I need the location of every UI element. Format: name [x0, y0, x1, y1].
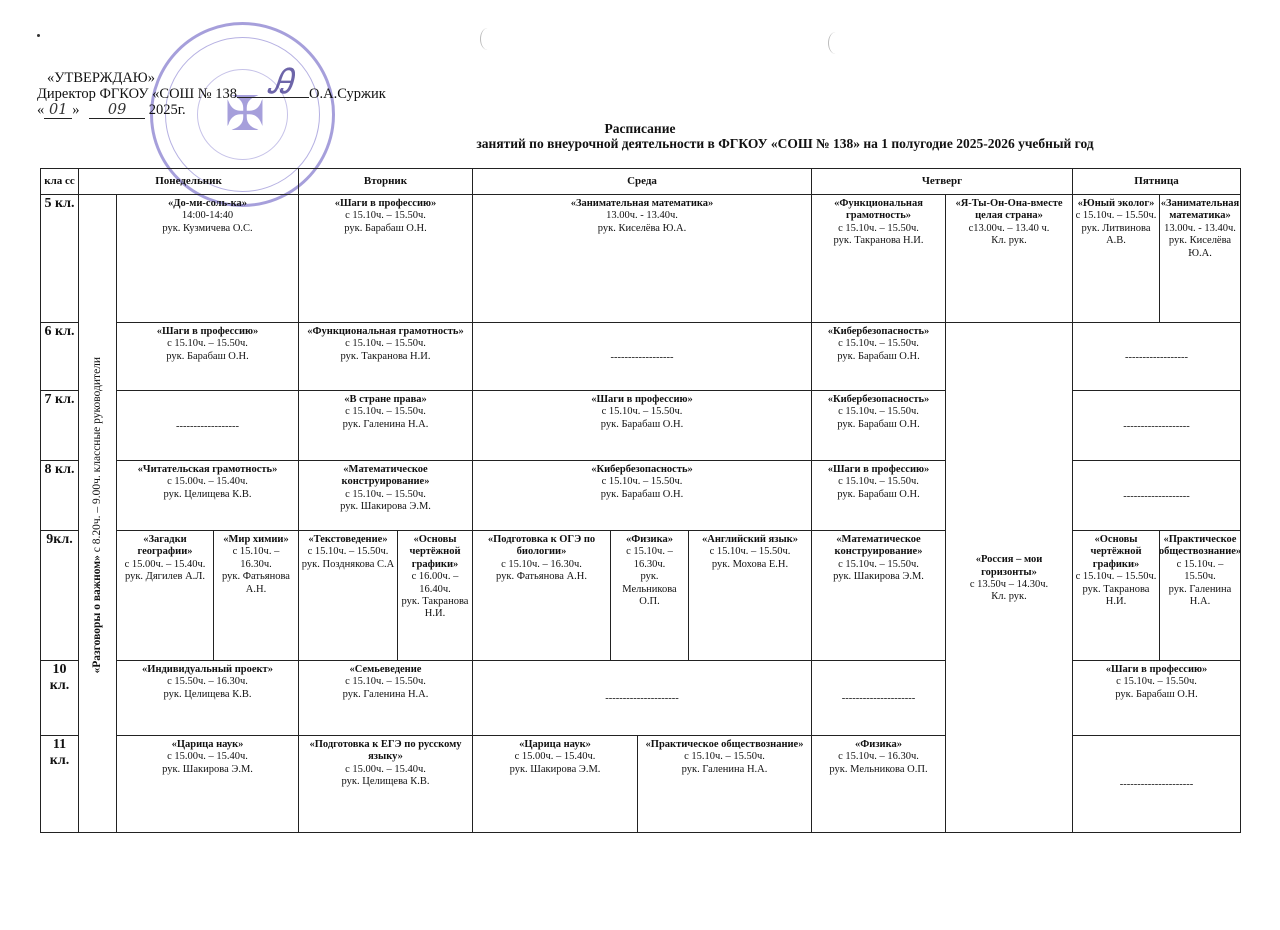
header-monday: Понедельник — [78, 168, 299, 195]
scan-dot — [37, 34, 40, 37]
activity-teacher: рук. Барабаш О.Н. — [601, 489, 683, 501]
header-tuesday: Вторник — [298, 168, 473, 195]
activity-teacher: Кл. рук. — [991, 591, 1027, 603]
activity-cell: «Семьеведениес 15.10ч. – 15.50ч.рук. Гал… — [298, 660, 473, 736]
activity-time: с 15.10ч. – 15.50ч. — [684, 751, 765, 763]
activity-cell: «Читательская грамотность»с 15.00ч. – 15… — [116, 460, 299, 531]
activity-teacher: рук. Киселёва Ю.А. — [598, 223, 686, 235]
activity-cell: «Шаги в профессию»с 15.10ч. – 15.50ч.рук… — [1072, 660, 1241, 736]
activity-cell: «Физика»с 15.10ч. – 16.30ч.рук. Мельнико… — [811, 735, 946, 833]
empty-slot: ------------------ — [116, 390, 299, 461]
class-cell: 8 кл. — [40, 460, 79, 531]
date-year: 2025г. — [149, 102, 186, 118]
activity-time: с 15.10ч. – 15.50ч. — [602, 476, 683, 488]
schedule-title: Расписание — [0, 121, 1280, 137]
activity-teacher: рук. Шакирова Э.М. — [833, 571, 924, 583]
activity-time: с 15.10ч. – 15.50ч. — [1116, 676, 1197, 688]
activity-cell: «В стране права»с 15.10ч. – 15.50ч.рук. … — [298, 390, 473, 461]
activity-teacher: рук. Барабаш О.Н. — [837, 419, 919, 431]
empty-slot: --------------------- — [472, 660, 812, 736]
activity-time: 14:00-14:40 — [182, 210, 233, 222]
activity-name: «Подготовка к ЕГЭ по русскому языку» — [301, 739, 470, 764]
activity-name: «Индивидуальный проект» — [142, 664, 273, 676]
activity-name: «Физика» — [855, 739, 902, 751]
activity-cell: «Основы чертёжной графики»с 15.10ч. – 15… — [1072, 530, 1160, 661]
activity-teacher: рук. Мельникова О.П. — [613, 571, 686, 608]
activity-teacher: рук. Такранова Н.И. — [1075, 584, 1157, 609]
activity-name: «Математическое конструирование» — [814, 534, 943, 559]
header-tuesday-label: Вторник — [364, 175, 407, 187]
director-name: О.А.Суржик — [309, 86, 386, 102]
activity-name: «Основы чертёжной графики» — [1075, 534, 1157, 571]
activity-time: с 15.10ч. – 16.30ч. — [838, 751, 919, 763]
activity-cell: «Царица наук»с 15.00ч. – 15.40ч.рук. Шак… — [472, 735, 638, 833]
activity-cell: «Английский язык»с 15.10ч. – 15.50ч.рук.… — [688, 530, 812, 661]
activity-teacher: рук. Фатьянова А.Н. — [496, 571, 587, 583]
class-label: 7 кл. — [45, 392, 75, 408]
activity-teacher: рук. Литвинова А.В. — [1075, 223, 1157, 248]
activity-time: с 15.10ч. – 15.50ч. — [167, 338, 248, 350]
activity-cell: «Математическое конструирование»с 15.10ч… — [298, 460, 473, 531]
activity-teacher: рук. Галенина Н.А. — [343, 689, 429, 701]
scan-mark — [828, 32, 843, 54]
activity-teacher: рук. Шакирова Э.М. — [162, 764, 253, 776]
activity-name: «Физика» — [626, 534, 673, 546]
activity-name: «Шаги в профессию» — [1106, 664, 1208, 676]
class-cell: 5 кл. — [40, 194, 79, 323]
activity-time: с 15.10ч. – 15.50ч. — [838, 559, 919, 571]
activity-name: «Семьеведение — [350, 664, 422, 676]
activity-name: «Занимательная математика» — [571, 198, 714, 210]
monday-common-name: «Разговоры о важном» — [91, 555, 103, 673]
activity-cell: «Занимательная математика»13.00ч. - 13.4… — [472, 194, 812, 323]
activity-teacher: рук. Барабаш О.Н. — [1115, 689, 1197, 701]
activity-name: «Кибербезопасность» — [828, 326, 930, 338]
date-day: 01 — [44, 102, 72, 119]
empty-mark: ------------------- — [1123, 421, 1189, 433]
activity-time: с 15.10ч. – 15.50ч. — [345, 338, 426, 350]
activity-time: с 15.10ч. – 15.50ч. — [1076, 210, 1157, 222]
activity-time: 13.00ч. - 13.40ч. — [606, 210, 678, 222]
activity-teacher: рук. Барабаш О.Н. — [837, 351, 919, 363]
activity-teacher: рук. Галенина Н.А. — [1162, 584, 1238, 609]
class-label: 9кл. — [46, 532, 72, 548]
activity-cell: «Практическое обществознание»с 15.10ч. –… — [637, 735, 812, 833]
activity-teacher: рук. Шакирова Э.М. — [340, 501, 431, 513]
activity-cell: «Юный эколог»с 15.10ч. – 15.50ч.рук. Лит… — [1072, 194, 1160, 323]
activity-teacher: рук. Такранова Н.И. — [400, 596, 470, 621]
director-school: Директор ФГКОУ «СОШ № 138 — [37, 86, 237, 102]
activity-time: с 15.00ч. – 15.40ч. — [345, 764, 426, 776]
activity-time: с 15.10ч. – 15.50ч. — [838, 223, 919, 235]
activity-cell: «Практическое обществознание»с 15.10ч. –… — [1159, 530, 1241, 661]
activity-name: «Занимательная математика» — [1161, 198, 1239, 223]
class-cell: 10 кл. — [40, 660, 79, 736]
empty-slot: --------------------- — [1072, 735, 1241, 833]
activity-cell: «Подготовка к ЕГЭ по русскому языку»с 15… — [298, 735, 473, 833]
activity-cell: «Математическое конструирование»с 15.10ч… — [811, 530, 946, 661]
activity-teacher: Кл. рук. — [991, 235, 1027, 247]
header-wednesday: Среда — [472, 168, 812, 195]
activity-name: «Шаги в профессию» — [335, 198, 437, 210]
date-quote-close: » — [72, 102, 79, 118]
class-cell: 11 кл. — [40, 735, 79, 833]
activity-name: «Загадки географии» — [119, 534, 211, 559]
activity-name: «Шаги в профессию» — [591, 394, 693, 406]
activity-cell: «Кибербезопасность»с 15.10ч. – 15.50ч.ру… — [472, 460, 812, 531]
activity-time: с 15.00ч. – 15.40ч. — [515, 751, 596, 763]
activity-cell: «Функциональная грамотность»с 15.10ч. – … — [811, 194, 946, 323]
activity-cell: «Царица наук»с 15.00ч. – 15.40ч.рук. Шак… — [116, 735, 299, 833]
activity-name: «Основы чертёжной графики» — [400, 534, 470, 571]
activity-time: с 15.10ч. – 15.50ч. — [345, 210, 426, 222]
activity-teacher: рук. Позднякова С.А — [302, 559, 394, 571]
activity-cell: «Шаги в профессию»с 15.10ч. – 15.50ч.рук… — [811, 460, 946, 531]
director-line: Директор ФГКОУ «СОШ № 138О.А.Суржик — [37, 86, 386, 102]
class-label: 8 кл. — [45, 462, 75, 478]
activity-cell: «Шаги в профессию»с 15.10ч. – 15.50ч.рук… — [472, 390, 812, 461]
empty-mark: ------------------ — [611, 352, 674, 364]
activity-name: «Английский язык» — [702, 534, 798, 546]
empty-mark: --------------------- — [842, 693, 915, 705]
empty-slot: --------------------- — [811, 660, 946, 736]
activity-cell: «Я-Ты-Он-Она-вместе целая страна»с13.00ч… — [945, 194, 1073, 323]
header-class: кла сс — [40, 168, 79, 195]
activity-time: с 15.10ч. – 15.50ч. — [838, 406, 919, 418]
class-cell: 6 кл. — [40, 322, 79, 391]
activity-name: «Юный эколог» — [1078, 198, 1155, 210]
activity-teacher: рук. Такранова Н.И. — [834, 235, 924, 247]
activity-cell: «Физика»с 15.10ч. – 16.30ч.рук. Мельнико… — [610, 530, 689, 661]
activity-time: с 15.00ч. – 15.40ч. — [167, 476, 248, 488]
activity-teacher: рук. Барабаш О.Н. — [837, 489, 919, 501]
activity-time: с 15.10ч. – 16.30ч. — [613, 546, 686, 571]
empty-mark: --------------------- — [605, 693, 678, 705]
empty-slot: ------------------ — [1072, 322, 1241, 391]
activity-name: «Функциональная грамотность» — [307, 326, 463, 338]
activity-teacher: рук. Фатьянова А.Н. — [216, 571, 296, 596]
header-thursday-label: Четверг — [922, 175, 962, 187]
activity-cell: «Кибербезопасность»с 15.10ч. – 15.50ч.ру… — [811, 322, 946, 391]
activity-time: с 15.10ч. – 15.50ч. — [838, 476, 919, 488]
activity-time: с 15.10ч. – 15.50ч. — [345, 676, 426, 688]
activity-time: с 15.10ч. – 15.50ч. — [710, 546, 791, 558]
activity-name: «Кибербезопасность» — [828, 394, 930, 406]
activity-time: с 15.00ч. – 15.40ч. — [167, 751, 248, 763]
activity-cell: «Загадки географии»с 15.00ч. – 15.40ч.ру… — [116, 530, 214, 661]
activity-name: «Практическое обществознание» — [1159, 534, 1241, 559]
date-quote-open: « — [37, 102, 44, 118]
monday-common-activity: «Разговоры о важном» с 8.20ч. – 9.00ч. к… — [78, 194, 117, 833]
empty-mark: ------------------ — [176, 421, 239, 433]
scan-mark — [480, 28, 495, 50]
activity-teacher: рук. Целищева К.В. — [164, 689, 252, 701]
activity-name: «Кибербезопасность» — [591, 464, 693, 476]
activity-time: с 16.00ч. – 16.40ч. — [400, 571, 470, 596]
activity-time: с 15.10ч. – 16.30ч. — [216, 546, 296, 571]
activity-teacher: рук. Целищева К.В. — [164, 489, 252, 501]
activity-cell: «Индивидуальный проект»с 15.50ч. – 16.30… — [116, 660, 299, 736]
header-friday: Пятница — [1072, 168, 1241, 195]
activity-time: с13.00ч. – 13.40 ч. — [969, 223, 1050, 235]
date-month: 09 — [89, 102, 145, 119]
activity-name: «Математическое конструирование» — [301, 464, 470, 489]
activity-time: с 15.10ч. – 15.50ч. — [1162, 559, 1238, 584]
activity-name: «Шаги в профессию» — [828, 464, 930, 476]
header-class-label: кла сс — [44, 175, 75, 187]
activity-teacher: рук. Барабаш О.Н. — [344, 223, 426, 235]
activity-cell: «Шаги в профессию»с 15.10ч. – 15.50ч.рук… — [298, 194, 473, 323]
header-wednesday-label: Среда — [627, 175, 657, 187]
activity-teacher: рук. Шакирова Э.М. — [510, 764, 601, 776]
activity-name: «Читательская грамотность» — [138, 464, 278, 476]
empty-mark: --------------------- — [1120, 779, 1193, 791]
activity-time: с 15.50ч. – 16.30ч. — [167, 676, 248, 688]
empty-slot: ------------------- — [1072, 460, 1241, 531]
class-label: 5 кл. — [45, 196, 75, 212]
class-cell: 7 кл. — [40, 390, 79, 461]
activity-cell: «Шаги в профессию»с 15.10ч. – 15.50ч.рук… — [116, 322, 299, 391]
activity-teacher: рук. Такранова Н.И. — [341, 351, 431, 363]
activity-cell: «Функциональная грамотность»с 15.10ч. – … — [298, 322, 473, 391]
thursday-common-activity: «Россия – мои горизонты»с 13.50ч – 14.30… — [945, 322, 1073, 833]
activity-name: «В стране права» — [344, 394, 427, 406]
activity-name: «Царица наук» — [172, 739, 244, 751]
activity-teacher: рук. Мохова Е.Н. — [712, 559, 788, 571]
class-label: 6 кл. — [45, 324, 75, 340]
activity-time: с 15.10ч. – 15.50ч. — [345, 406, 426, 418]
activity-name: «Функциональная грамотность» — [814, 198, 943, 223]
activity-teacher: рук. Барабаш О.Н. — [166, 351, 248, 363]
header-friday-label: Пятница — [1134, 175, 1178, 187]
activity-cell: «Подготовка к ОГЭ по биологии»с 15.10ч. … — [472, 530, 611, 661]
activity-time: с 15.10ч. – 15.50ч. — [602, 406, 683, 418]
activity-cell: «Кибербезопасность»с 15.10ч. – 15.50ч.ру… — [811, 390, 946, 461]
activity-name: «Шаги в профессию» — [157, 326, 259, 338]
header-monday-label: Понедельник — [155, 175, 222, 187]
activity-teacher: рук. Дягилев А.Л. — [125, 571, 205, 583]
activity-time: с 15.10ч. – 15.50ч. — [345, 489, 426, 501]
activity-teacher: рук. Целищева К.В. — [342, 776, 430, 788]
class-cell: 9кл. — [40, 530, 79, 661]
activity-cell: «До-ми-соль-ка»14:00-14:40рук. Кузмичева… — [116, 194, 299, 323]
activity-name: «Мир химии» — [223, 534, 288, 546]
activity-teacher: рук. Галенина Н.А. — [343, 419, 429, 431]
activity-name: «Царица наук» — [519, 739, 591, 751]
class-label: 11 кл. — [43, 737, 76, 769]
activity-name: «Подготовка к ОГЭ по биологии» — [475, 534, 608, 559]
empty-mark: ------------------ — [1125, 352, 1188, 364]
monday-common-text: «Разговоры о важном» с 8.20ч. – 9.00ч. к… — [91, 357, 103, 674]
activity-teacher: рук. Галенина Н.А. — [682, 764, 768, 776]
empty-slot: ------------------ — [472, 322, 812, 391]
activity-cell: «Мир химии»с 15.10ч. – 16.30ч.рук. Фатья… — [213, 530, 299, 661]
activity-name: «Текстоведение» — [308, 534, 387, 546]
class-label: 10 кл. — [43, 662, 76, 694]
activity-name: «Практическое обществознание» — [646, 739, 804, 751]
approval-label: «УТВЕРЖДАЮ» — [47, 70, 155, 86]
empty-slot: ------------------- — [1072, 390, 1241, 461]
activity-cell: «Занимательная математика»13.00ч. - 13.4… — [1159, 194, 1241, 323]
activity-time: с 15.10ч. – 16.30ч. — [501, 559, 582, 571]
activity-time: с 15.00ч. – 15.40ч. — [125, 559, 206, 571]
activity-teacher: рук. Барабаш О.Н. — [601, 419, 683, 431]
header-thursday: Четверг — [811, 168, 1073, 195]
activity-time: с 15.10ч. – 15.50ч. — [838, 338, 919, 350]
activity-cell: «Текстоведение»с 15.10ч. – 15.50ч.рук. П… — [298, 530, 398, 661]
activity-teacher: рук. Кузмичева О.С. — [162, 223, 252, 235]
approval-date: «01» 09 2025г. — [37, 102, 186, 119]
schedule-subtitle: занятий по внеурочной деятельности в ФГК… — [280, 136, 1280, 152]
activity-time: с 15.10ч. – 15.50ч. — [308, 546, 389, 558]
activity-time: 13.00ч. - 13.40ч. — [1164, 223, 1236, 235]
activity-teacher: рук. Мельникова О.П. — [829, 764, 927, 776]
activity-teacher: рук. Киселёва Ю.А. — [1162, 235, 1238, 260]
activity-time: с 15.10ч. – 15.50ч. — [1076, 571, 1157, 583]
activity-time: с 13.50ч – 14.30ч. — [970, 579, 1048, 591]
activity-name: «До-ми-соль-ка» — [168, 198, 247, 210]
activity-name: «Я-Ты-Он-Она-вместе целая страна» — [948, 198, 1070, 223]
activity-name: «Россия – мои горизонты» — [948, 554, 1070, 579]
empty-mark: ------------------- — [1123, 491, 1189, 503]
activity-cell: «Основы чертёжной графики»с 16.00ч. – 16… — [397, 530, 473, 661]
